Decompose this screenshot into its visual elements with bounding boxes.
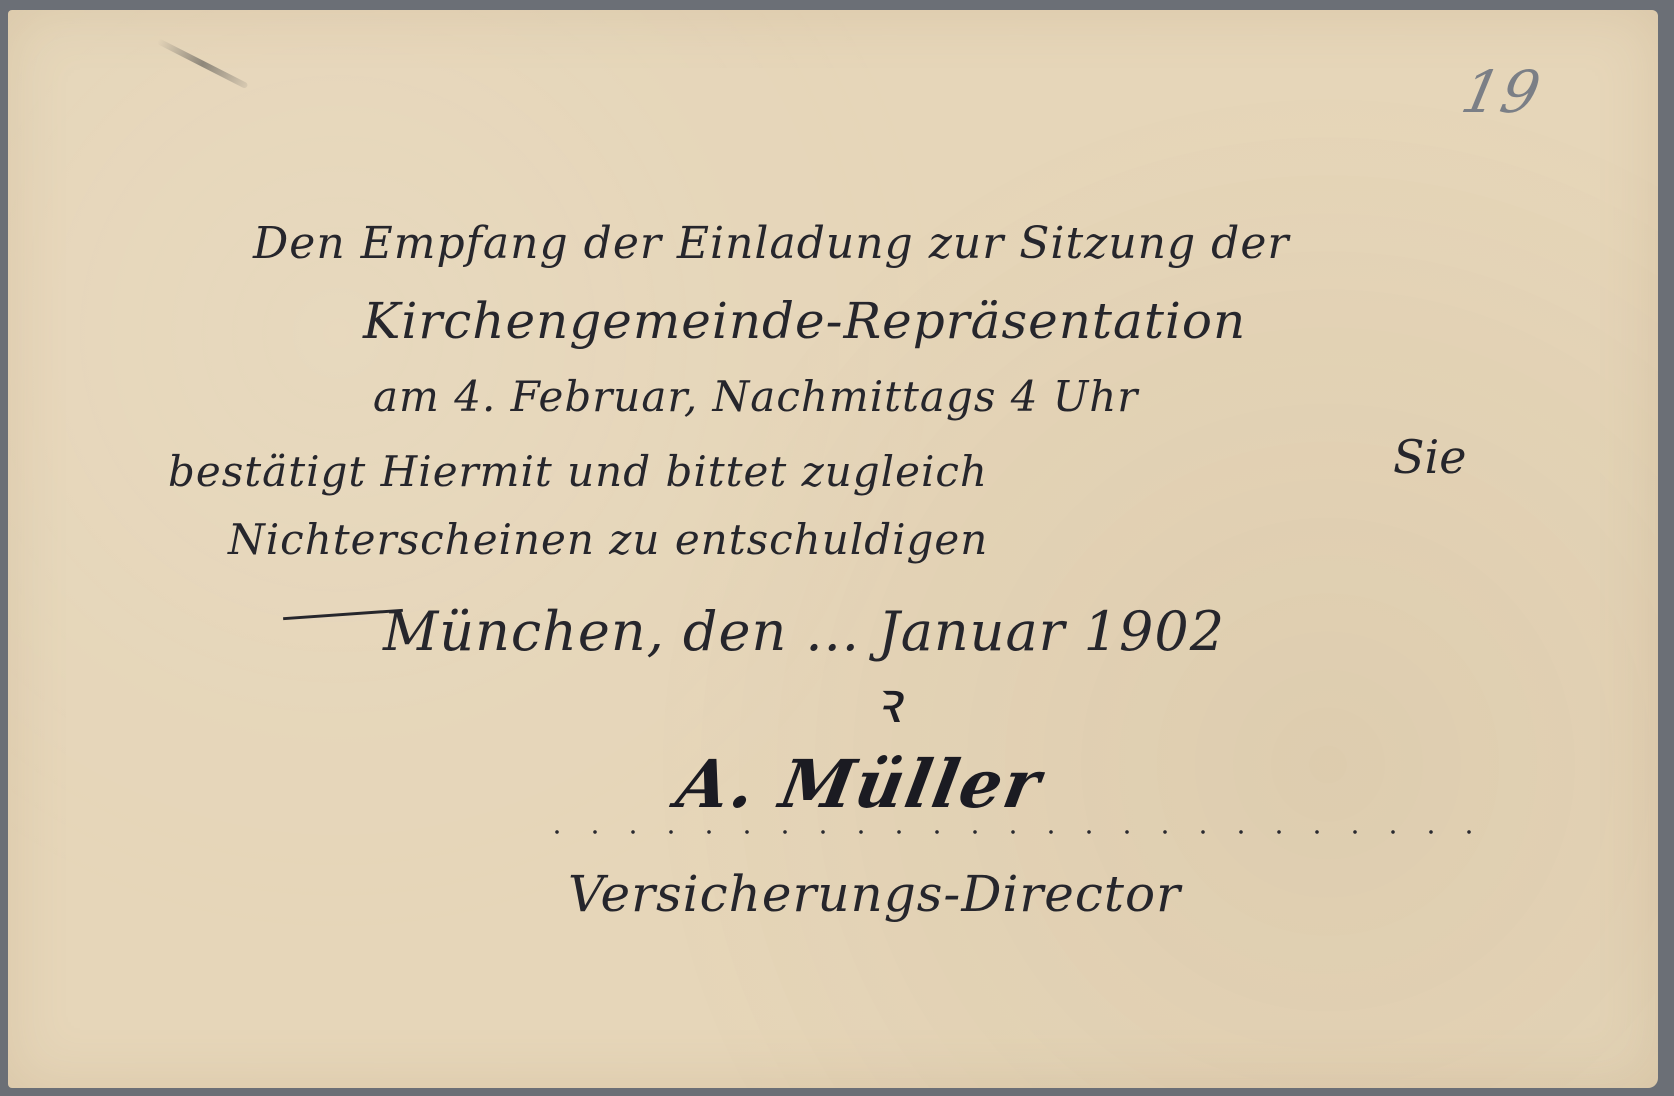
margin-note: Sie [1393,430,1466,484]
signature-flourish: ꝛ [873,660,901,739]
signature: A. Müller [671,745,1048,823]
text-line-3: am 4. Februar, Nachmittags 4 Uhr [373,372,1138,421]
signatory-title: Versicherungs-Director [568,865,1181,923]
pencil-stroke-mark [157,38,249,89]
pencil-page-number: 19 [1456,58,1548,126]
postcard: 19 Den Empfang der Einladung zur Sitzung… [8,10,1658,1088]
place-date-line: München, den ... Januar 1902 [383,600,1225,663]
text-line-5: Nichterscheinen zu entschuldigen [228,515,988,564]
text-line-1: Den Empfang der Einladung zur Sitzung de… [253,218,1289,269]
signature-dotted-line [538,830,1478,834]
text-line-2-heading: Kirchengemeinde-Repräsentation [363,292,1246,350]
text-line-4: bestätigt Hiermit und bittet zugleich [168,447,988,496]
